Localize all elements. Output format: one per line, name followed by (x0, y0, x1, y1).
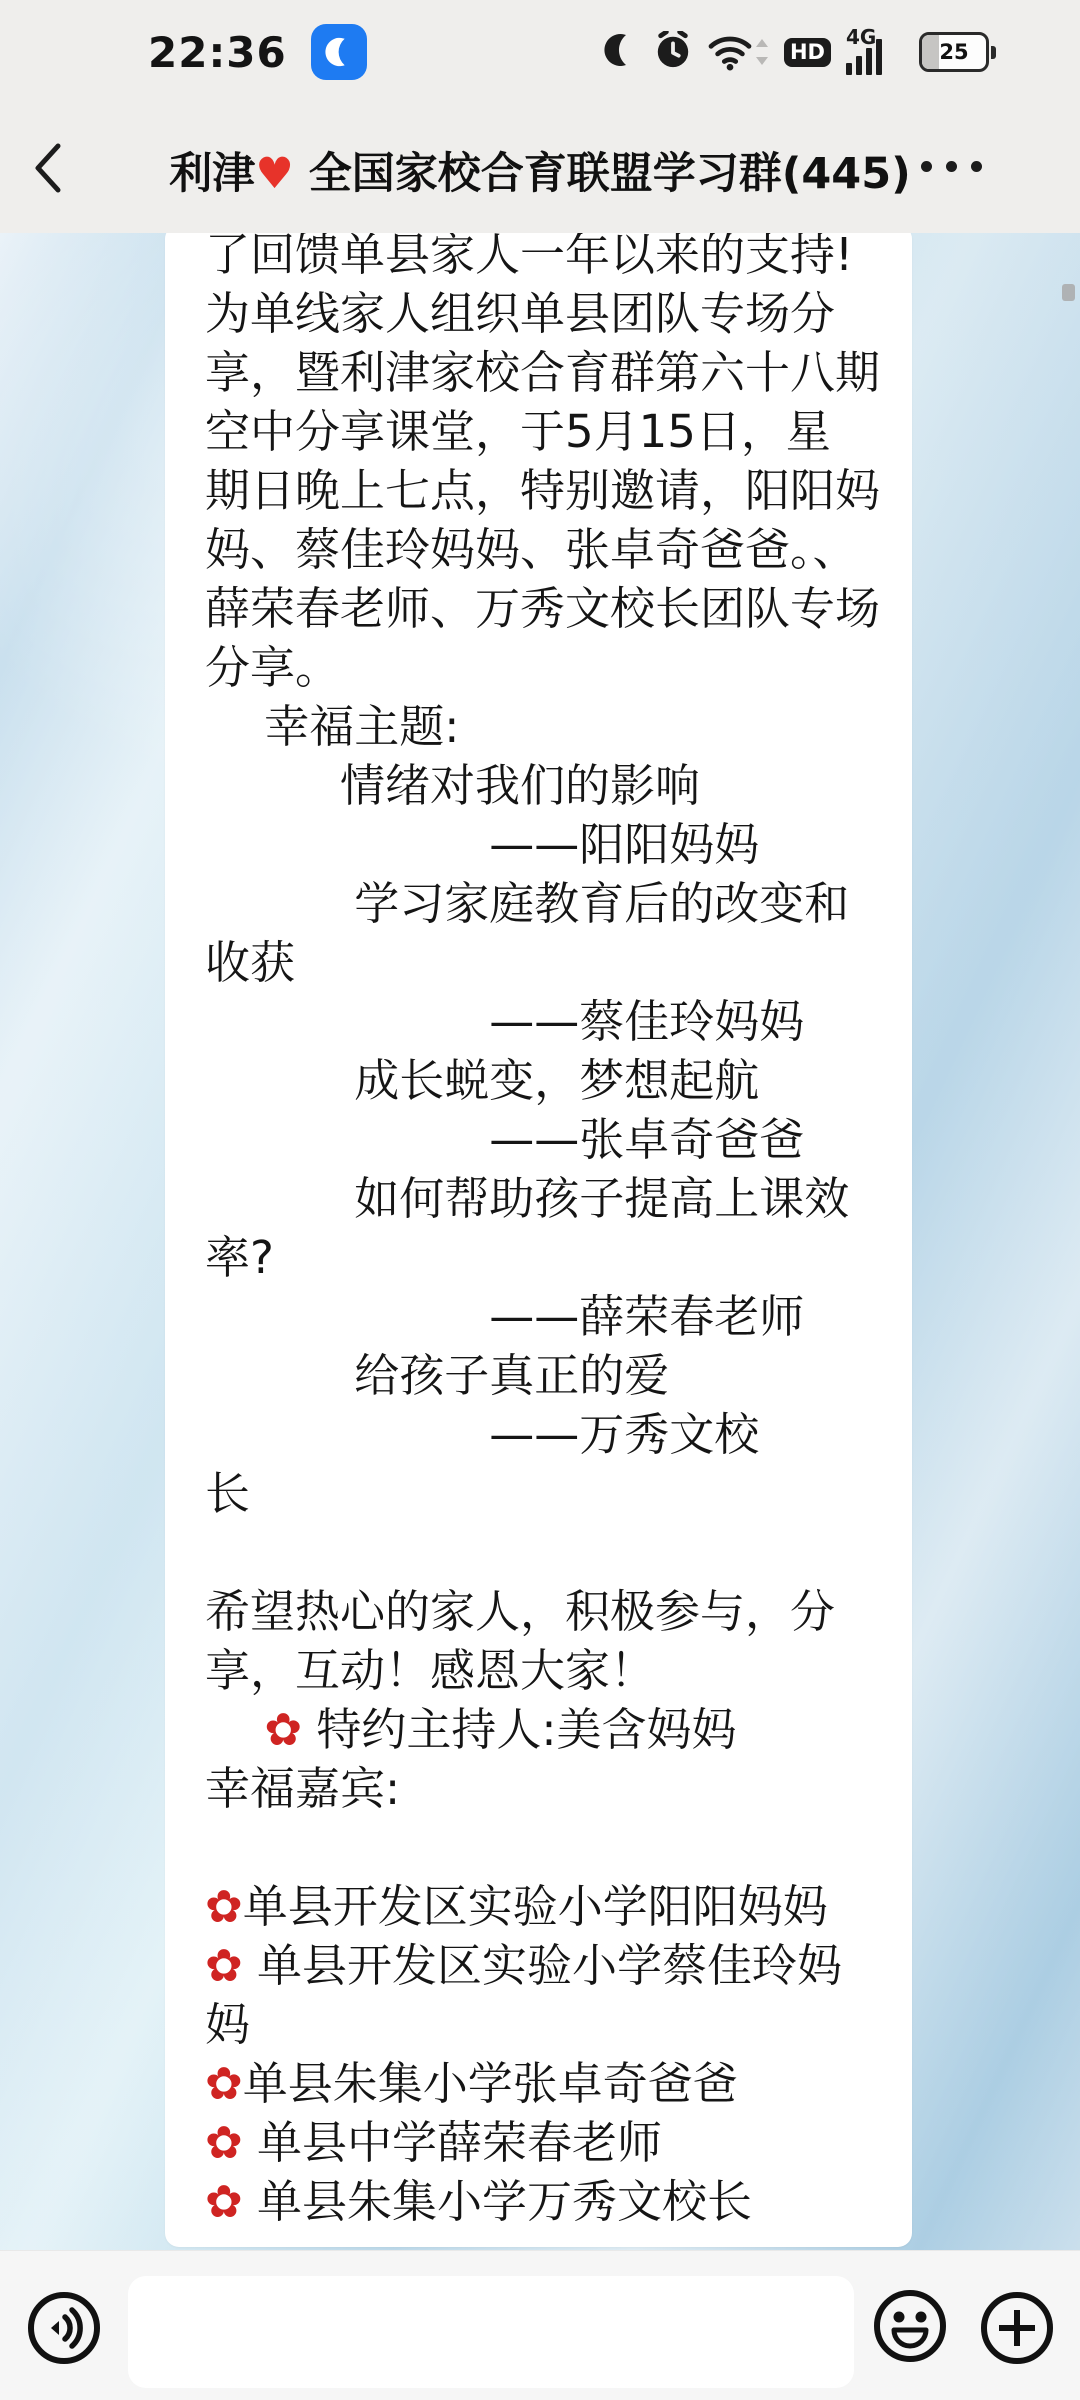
rose-icon: ✿ (205, 2116, 243, 2169)
message-line: 薛荣春老师、万秀文校长团队专场 (205, 579, 884, 638)
do-not-disturb-badge-icon (311, 24, 367, 80)
rose-icon: ✿ (264, 1703, 302, 1756)
rose-icon: ✿ (205, 1939, 243, 1992)
message-line: ——蔡佳玲妈妈 (205, 992, 884, 1051)
rose-icon: ✿ (205, 2175, 243, 2228)
smiley-icon (873, 2289, 947, 2363)
message-line: 为单线家人组织单县团队专场分 (205, 284, 884, 343)
message-line (205, 1818, 884, 1877)
message-line: 成长蜕变，梦想起航 (205, 1051, 884, 1110)
message-line: 长 (205, 1464, 884, 1523)
message-line: 妈、蔡佳玲妈妈、张卓奇爸爸。、 (205, 520, 884, 579)
ellipsis-icon (921, 161, 932, 172)
chat-area[interactable]: 了回馈单县家人一年以来的支持!为单线家人组织单县团队专场分享，暨利津家校合育群第… (0, 233, 1080, 2250)
message-line (205, 1523, 884, 1582)
status-bar: 22:36 (0, 0, 1080, 104)
message-line: ——阳阳妈妈 (205, 815, 884, 874)
battery-percent: 25 (939, 40, 968, 64)
more-options-button[interactable] (921, 140, 982, 192)
message-line: 享，互动！感恩大家！ (205, 1641, 884, 1700)
more-functions-button[interactable] (980, 2291, 1054, 2365)
rose-icon: ✿ (205, 1880, 243, 1933)
message-line: 期日晚上七点，特别邀请，阳阳妈 (205, 461, 884, 520)
message-bubble[interactable]: 了回馈单县家人一年以来的支持!为单线家人组织单县团队专场分享，暨利津家校合育群第… (165, 233, 912, 2247)
message-line: 空中分享课堂，于5月15日，星 (205, 402, 884, 461)
message-line: ——张卓奇爸爸 (205, 1110, 884, 1169)
heart-icon: ♥ (255, 149, 294, 199)
message-line: ——薛荣春老师 (205, 1287, 884, 1346)
emoji-button[interactable] (873, 2289, 947, 2363)
message-line: 分享。 (205, 638, 884, 697)
message-line: 率? (205, 1228, 884, 1287)
message-line: 如何帮助孩子提高上课效 (205, 1169, 884, 1228)
message-line: ✿ 单县朱集小学万秀文校长 (205, 2172, 884, 2231)
message-line: 学习家庭教育后的改变和 (205, 874, 884, 933)
message-line: 希望热心的家人，积极参与，分 (205, 1582, 884, 1641)
message-line: ✿ 单县中学薛荣春老师 (205, 2113, 884, 2172)
message-line: 收获 (205, 933, 884, 992)
message-line: 享，暨利津家校合育群第六十八期 (205, 343, 884, 402)
wifi-icon (707, 33, 769, 71)
chat-title: 利津♥ 全国家校合育联盟学习群(445) (0, 140, 1080, 201)
message-text-input[interactable] (128, 2276, 854, 2388)
hd-badge-icon: HD (784, 38, 831, 67)
nav-bar: 利津♥ 全国家校合育联盟学习群(445) (0, 104, 1080, 233)
message-line: 幸福主题: (205, 697, 884, 756)
message-line: ✿ 单县开发区实验小学蔡佳玲妈 (205, 1936, 884, 1995)
message-line: 幸福嘉宾: (205, 1759, 884, 1818)
rose-icon: ✿ (205, 2057, 243, 2110)
message-line: ✿单县朱集小学张卓奇爸爸 (205, 2054, 884, 2113)
voice-wave-icon (51, 2321, 59, 2335)
moon-icon (603, 32, 639, 72)
voice-input-button[interactable] (27, 2291, 101, 2365)
message-line: ✿ 特约主持人:美含妈妈 (205, 1700, 884, 1759)
message-line: ——万秀文校 (205, 1405, 884, 1464)
message-line: 了回馈单县家人一年以来的支持! (205, 233, 884, 284)
alarm-clock-icon (654, 31, 692, 73)
wifi-activity-arrows-icon (755, 37, 769, 67)
battery-icon: 25 (919, 32, 996, 72)
scrollbar-handle[interactable] (1062, 284, 1075, 301)
message-line: 情绪对我们的影响 (205, 756, 884, 815)
plus-icon (980, 2291, 1054, 2365)
message-line: 给孩子真正的爱 (205, 1346, 884, 1405)
message-line: 妈 (205, 1995, 884, 2054)
message-line: ✿单县开发区实验小学阳阳妈妈 (205, 1877, 884, 1936)
signal-4g-icon: 4G (846, 29, 904, 75)
input-bar (0, 2250, 1080, 2400)
header: 22:36 (0, 0, 1080, 233)
status-time: 22:36 (148, 28, 287, 77)
